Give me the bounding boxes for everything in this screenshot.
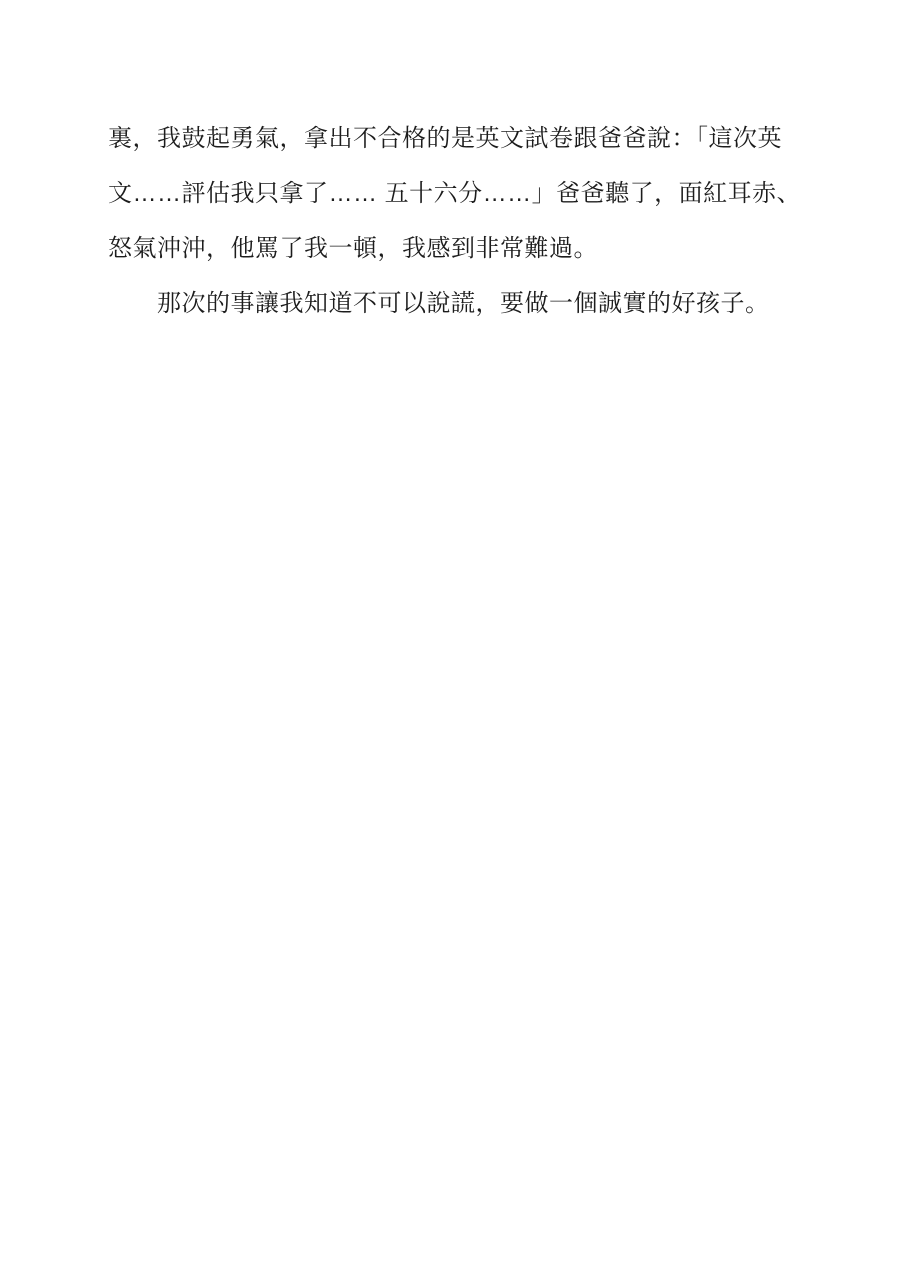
text-line-3: 怒氣沖沖，他罵了我一頓，我感到非常難過。	[108, 221, 808, 276]
text-line-4-paragraph-start: 那次的事讓我知道不可以說謊，要做一個誠實的好孩子。	[108, 276, 808, 331]
text-line-2: 文……評估我只拿了…… 五十六分……」爸爸聽了，面紅耳赤、	[108, 166, 808, 221]
document-page: 裏，我鼓起勇氣，拿出不合格的是英文試卷跟爸爸說：「這次英 文……評估我只拿了………	[0, 0, 905, 1280]
text-line-1: 裏，我鼓起勇氣，拿出不合格的是英文試卷跟爸爸說：「這次英	[108, 111, 808, 166]
essay-body: 裏，我鼓起勇氣，拿出不合格的是英文試卷跟爸爸說：「這次英 文……評估我只拿了………	[108, 111, 808, 331]
